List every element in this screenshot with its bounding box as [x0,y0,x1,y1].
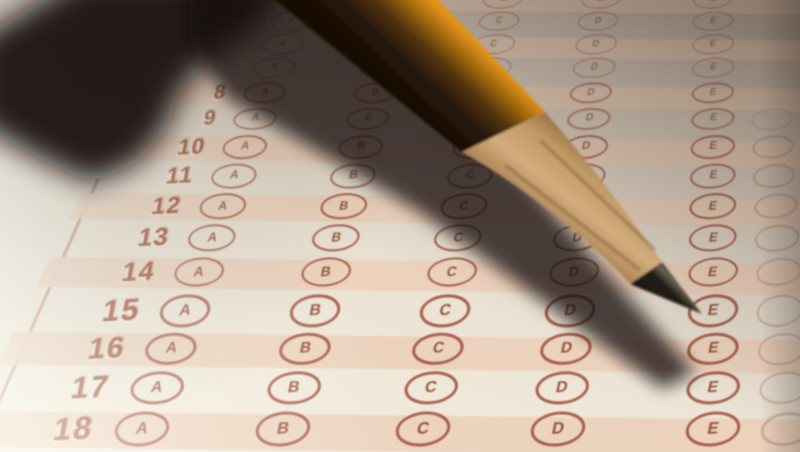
bubble-letter: A [150,379,165,395]
answer-bubble-5-A: A [270,11,312,32]
bubble-letter: E [706,379,720,395]
bubble-letter: B [308,302,323,318]
bubble-letter: B [339,199,350,212]
bubble-letter: A [178,302,193,318]
bubble-letter: E [706,420,721,437]
bubble-letter: A [287,16,295,25]
bubble-letter: E [709,0,717,3]
answer-bubble-15-C: C [418,293,472,329]
bubble-letter: A [229,169,240,181]
bubble-letter: D [589,63,598,73]
row-number: 11 [164,162,196,189]
bubble-letter: A [250,113,260,124]
bubble-letter: B [391,16,399,25]
bubble-letter: D [574,199,585,212]
bubble-letter: B [397,0,405,3]
bubble-letter: C [499,0,507,3]
row-number: 14 [120,256,159,289]
bubble-letter: C [459,199,470,212]
bubble-letter: E [706,302,720,318]
bubble-letter: C [486,63,495,73]
bubble-letter: E [709,87,718,97]
answer-bubble-13-E: E [688,223,739,253]
adjacent-column-bubble [758,371,800,406]
bubble-letter: D [555,379,570,395]
answer-bubble-11-D: D [559,162,607,189]
bubble-letter: B [287,379,302,395]
bubble-letter: C [495,16,503,25]
row-number: 12 [150,192,184,220]
bubble-letter: A [206,231,218,244]
row-number: 13 [135,223,171,254]
answer-bubble-15-A: A [158,293,212,329]
answer-bubble-9-A: A [232,107,278,131]
bubble-letter: D [581,141,592,153]
answer-bubble-5-C: C [478,11,520,32]
answer-bubble-7-B: B [360,57,404,80]
bubble-letter: E [708,141,718,153]
bubble-letter: D [594,16,602,25]
bubble-letter: E [708,113,717,124]
bubble-letter: D [567,264,580,278]
bubble-letter: B [330,231,342,244]
answer-bubble-11-B: B [329,162,377,189]
row-number: 15 [99,293,143,330]
bubble-letter: D [587,87,596,97]
bubble-letter: E [709,39,717,49]
answer-bubble-13-B: B [310,223,361,253]
bubble-letter: E [708,199,719,212]
bubble-letter: C [438,302,453,318]
bubble-letter: E [707,231,718,244]
bubble-letter: A [218,199,229,212]
answer-bubble-7-C: C [468,57,512,80]
bubble-letter: B [355,141,366,153]
bubble-letter: A [240,141,251,153]
bubble-letter: B [385,39,394,49]
answer-bubble-17-C: C [402,370,458,406]
answer-bubble-5-D: D [577,11,619,32]
bubble-letter: E [707,264,719,278]
bubble-letter: C [423,379,438,395]
bubble-letter: C [446,264,459,278]
answer-bubble-11-C: C [446,162,494,189]
answer-bubble-15-D: D [543,293,597,329]
bubble-letter: D [559,340,573,356]
scene: ABCDEABCDEABCDEABCDE8ABCDE9ABCDE10ABCDE1… [0,0,800,452]
bubble-letter: B [363,113,373,124]
bubble-letter: E [708,169,718,181]
bubble-letter: C [431,340,445,356]
answer-bubble-7-E: E [691,57,735,80]
bubble-letter: C [470,141,481,153]
bubble-letter: A [260,87,269,97]
bubble-letter: A [269,63,278,73]
answer-bubble-9-E: E [690,107,736,131]
row-number: 10 [176,133,208,160]
adjacent-column-bubble [752,163,797,189]
answer-sheet: ABCDEABCDEABCDEABCDE8ABCDE9ABCDE10ABCDE1… [0,0,800,452]
answer-bubble-13-A: A [186,223,237,253]
bubble-letter: E [709,16,717,25]
bubble-letter: D [597,0,605,3]
bubble-letter: A [295,0,303,3]
answer-bubble-17-B: B [266,370,322,406]
adjacent-column-bubble [757,332,800,366]
bubble-letter: C [481,87,490,97]
answer-bubble-7-D: D [572,57,616,80]
bubble-letter: E [706,340,720,356]
answer-bubble-17-D: D [534,370,590,406]
answer-bubble-11-A: A [210,162,258,189]
bubble-letter: C [490,39,499,49]
bubble-letter: A [164,340,178,356]
bubble-letter: D [578,169,589,181]
bubble-letter: A [193,264,206,278]
bubble-letter: C [476,113,486,124]
bubble-letter: B [371,87,380,97]
bubble-letter: D [550,420,565,437]
bubble-letter: E [709,63,718,73]
answer-bubble-13-C: C [433,223,484,253]
bubble-letter: A [134,420,149,437]
bubble-letter: C [465,169,476,181]
bubble-letter: B [347,169,358,181]
bubble-letter: B [298,340,312,356]
answer-bubble-17-E: E [685,370,741,406]
bubble-letter: D [562,302,577,318]
answer-bubble-15-E: E [686,293,740,329]
answer-bubble-9-B: B [345,107,391,131]
bubble-letter: C [452,231,464,244]
answer-bubble-9-D: D [566,107,612,131]
adjacent-column-bubble [756,294,800,329]
bubble-letter: C [415,420,430,437]
bubble-letter: D [571,231,583,244]
row-number: 16 [85,331,128,367]
answer-bubble-13-D: D [552,223,603,253]
row-number: 9 [201,107,218,131]
bubble-letter: B [320,264,333,278]
bubble-letter: B [275,420,290,437]
answer-bubble-17-A: A [129,370,185,406]
row-number: 18 [50,409,96,448]
bubble-letter: B [378,63,387,73]
answer-bubble-11-E: E [689,162,737,189]
bubble-letter: D [584,113,594,124]
bubble-letter: D [592,39,601,49]
adjacent-column-bubble [754,224,800,253]
answer-bubble-9-C: C [458,107,504,131]
adjacent-column-bubble [750,107,793,131]
row-number: 17 [68,370,112,407]
bubble-letter: A [278,39,287,49]
answer-bubble-15-B: B [289,293,343,329]
answer-bubble-5-B: B [374,11,416,32]
answer-bubble-7-A: A [252,57,296,80]
